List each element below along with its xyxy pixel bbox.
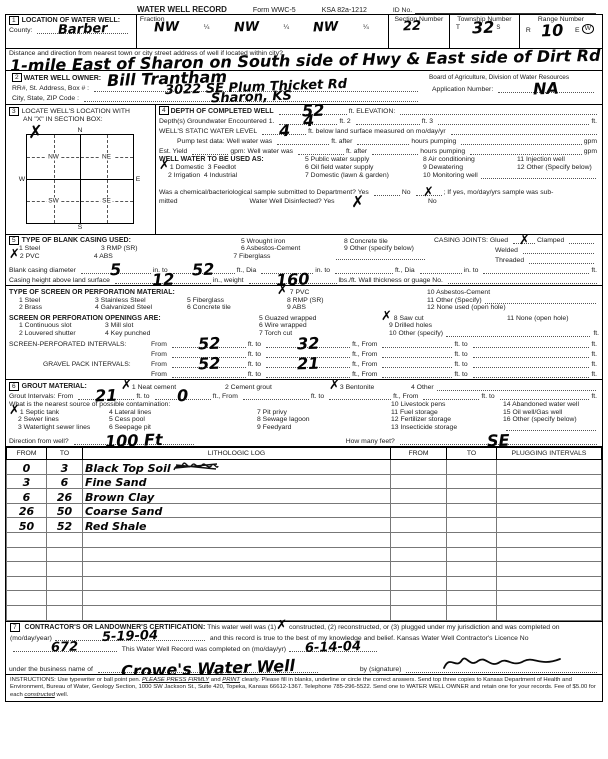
litho-from-value: 6: [23, 491, 31, 504]
litho-desc-value: Coarse Sand: [85, 505, 162, 518]
opening-10: 10 Other (specify): [381, 330, 443, 337]
material-10: 10 Asbestos-Cement: [427, 289, 490, 296]
static-level-suffix: ft. below land surface measured on mo/da…: [308, 128, 446, 135]
material-5: 5 Fiberglass: [187, 297, 277, 304]
signature-blank: [406, 665, 597, 673]
opening-1: 1 Continuous slot: [9, 322, 105, 329]
gp2-ft-from: ft., From: [352, 371, 377, 378]
sp2-ft-to-2: ft. to: [454, 351, 467, 358]
yield-gpm-unit: gpm: [584, 148, 597, 155]
record-date-blank: 6-14-04: [289, 644, 377, 652]
dia2-ft-dia: ft., Dia: [395, 267, 415, 274]
sp2-from-label: From: [151, 351, 167, 358]
litho-desc-value: Fine Sand: [85, 476, 146, 489]
cert-text-1: This water well was (1): [207, 624, 276, 631]
direction-label: Direction from well?: [9, 438, 69, 445]
gauge-blank: [448, 276, 597, 284]
range-w-circled: W: [582, 24, 594, 34]
material-8: 8 RMP (SR): [277, 297, 427, 304]
cert-text-6: by (signature): [360, 666, 402, 673]
grout-3-wrap: ✗3 Bentonite: [329, 383, 411, 391]
casing-title: TYPE OF BLANK CASING USED:: [22, 237, 131, 244]
section-3-4: 3LOCATE WELL'S LOCATION WITH AN "X" IN S…: [5, 104, 603, 235]
section-5-number: 5: [9, 236, 19, 245]
gp2-from2-blank: [382, 370, 452, 378]
height-blank: 12: [115, 276, 211, 284]
use-11: 11 Injection well: [517, 156, 565, 163]
material-1: 1 Steel: [9, 297, 95, 304]
diameter-blank: 5: [81, 266, 151, 274]
use-8: 8 Air conditioning: [423, 156, 517, 163]
locate-title-1: LOCATE WELL'S LOCATION WITH: [22, 108, 130, 115]
section-6-grout: 6GROUT MATERIAL:✗1 Neat cement2 Cement g…: [5, 379, 603, 447]
casing-2-x-mark: ✗: [9, 247, 20, 262]
joints-glued-blank: ✗: [513, 236, 535, 244]
pump-gpm-label: gpm: [584, 138, 597, 145]
source-11: 11 Fuel storage: [391, 409, 503, 416]
gp2-ft-to-2: ft. to: [454, 371, 467, 378]
sp-from-label: From: [151, 341, 167, 348]
opening-2: 2 Louvered shutter: [9, 330, 105, 337]
how-many-feet-label: How many feet?: [346, 438, 395, 445]
pump-ww-label: Well water was: [227, 138, 273, 145]
fraction-2: NW: [234, 25, 259, 32]
opening-8-wrap: ✗ 8 Saw cut: [381, 314, 507, 322]
gp2-to2-blank: [473, 370, 590, 378]
casing-6: 6 Asbestos-Cement: [241, 245, 344, 252]
fraction-1: NW: [154, 25, 179, 32]
litho-row: [7, 605, 602, 620]
diameter-to-value: 52: [192, 265, 215, 273]
lithologic-log-section: FROM TO LITHOLOGIC LOG FROM TO PLUGGING …: [5, 446, 603, 622]
direction-blank: 100 Ft: [74, 437, 194, 445]
source-5: 5 Cess pool: [109, 416, 257, 423]
source-7: 7 Pit privy: [257, 409, 391, 416]
grid-nw-label: NW: [46, 154, 61, 161]
range-cell: Range Number R10EW: [519, 15, 602, 48]
gi-from2-blank: [243, 392, 309, 400]
casing-8: 8 Concrete tile: [344, 238, 388, 245]
instructions-constructed: constructed: [24, 692, 54, 698]
diameter-value: 5: [110, 266, 121, 274]
sample-yes-blank: [374, 188, 400, 196]
litho-desc-value: Brown Clay: [85, 491, 154, 504]
source-16: 16 Other (specify below): [503, 416, 577, 423]
litho-to-value: 3: [61, 462, 69, 475]
source-10: 10 Livestock pens: [391, 401, 503, 408]
form-title: WATER WELL RECORD: [137, 5, 227, 14]
yield-hours-label: hours pumping: [420, 148, 465, 155]
grid-south-label: S: [78, 224, 83, 231]
source-1: 1 Septic tank: [20, 409, 59, 416]
grid-quarter-vline-right: [107, 135, 108, 223]
disinfected-label: Water Well Disinfected? Yes: [250, 198, 335, 205]
grid-quarter-hline-bottom: [27, 201, 133, 202]
instructions-press-firmly: PLEASE PRESS FIRMLY: [142, 677, 209, 683]
litho-log-header: LITHOLOGIC LOG: [83, 448, 391, 460]
grid-center-hline: [27, 179, 133, 180]
pump-ft-blank: [277, 137, 329, 145]
dia3-in-to: in. to: [464, 267, 479, 274]
joints-welded-blank: [523, 246, 594, 254]
grout-1-wrap: ✗1 Neat cement: [121, 383, 225, 391]
sample-mitted: mitted: [159, 198, 178, 205]
gp2-from-label: From: [151, 371, 167, 378]
township-value: 32: [472, 24, 495, 32]
yield-gpm-blank: [470, 147, 582, 155]
sp-to-value: 32: [297, 339, 320, 347]
grout-title: GROUT MATERIAL:: [22, 383, 87, 390]
well-location-x-mark: ✗: [28, 129, 43, 138]
use-row3-left: 2 Irrigation 4 Industrial: [159, 172, 305, 179]
groundwater-3-blank: [438, 117, 589, 125]
use-10-blank: [481, 171, 596, 179]
grout-4: 4 Other: [411, 384, 434, 391]
use-2: 2 Irrigation: [168, 172, 200, 179]
source-14: 14 Abandoned water well: [503, 401, 579, 408]
pump-gpm-blank: [461, 137, 581, 145]
grout-4-blank: [437, 383, 596, 391]
sp-ft-to-2: ft. to: [454, 341, 467, 348]
gp2-ft-end: ft.: [591, 371, 597, 378]
elevation-blank: [400, 107, 597, 115]
lithologic-log-table: FROM TO LITHOLOGIC LOG FROM TO PLUGGING …: [6, 447, 602, 621]
yield-ww-label: Well water was: [247, 148, 293, 155]
joints-clamped-blank: [569, 236, 594, 244]
instructions-print: PRINT: [222, 677, 240, 683]
section-3-number: 3: [9, 107, 19, 116]
sp2-to2-blank: [473, 350, 590, 358]
gp-ft-to-2: ft. to: [454, 361, 467, 368]
joints-threaded-blank: [529, 256, 594, 264]
ksa-statute: KSA 82a-1212: [322, 7, 367, 14]
height-value: 12: [152, 275, 175, 283]
material-3: 3 Stainless Steel: [95, 297, 187, 304]
casing-7: 7 Fiberglass: [233, 253, 333, 260]
litho-to-header: TO: [47, 448, 83, 460]
gp-ft-to: ft. to: [248, 361, 261, 368]
use-9: 9 Dewatering: [423, 164, 517, 171]
grid-west-label: W: [19, 176, 25, 183]
opening-6: 6 Wire wrapped: [259, 322, 381, 329]
gi-from-label: From: [57, 393, 73, 400]
township-cell: Township Number T32S: [449, 15, 519, 48]
diameter-label: Blank casing diameter: [9, 267, 76, 274]
disinfected-x-mark: ✗: [350, 198, 364, 206]
gp-from-blank: 52: [172, 360, 246, 368]
casing-row2-left: 1 Steel3 RMP (SR): [9, 245, 241, 252]
gi-ft-from: ft., From: [213, 393, 238, 400]
gp-to2-blank: [473, 360, 590, 368]
grid-quarter-vline-left: [54, 135, 55, 223]
section-5-casing: 5TYPE OF BLANK CASING USED:5 Wrought iro…: [5, 234, 603, 286]
sp-ft-end: ft.: [591, 341, 597, 348]
litho-from-value: 50: [19, 520, 34, 533]
litho-from-header: FROM: [7, 448, 47, 460]
sp-to-blank: 32: [266, 340, 350, 348]
source-1-wrap: ✗1 Septic tank: [9, 408, 109, 416]
sp2-ft-from: ft., From: [352, 351, 377, 358]
gp-from-label: From: [151, 361, 167, 368]
quarter-1: ¼: [204, 24, 210, 31]
quarter-2: ¼: [283, 24, 289, 31]
litho-row: [7, 576, 602, 591]
source-3: 3 Watertight sewer lines: [9, 424, 109, 431]
litho-from-value: 26: [19, 505, 34, 518]
static-date-blank: [451, 127, 597, 135]
casing-joints-block: CASING JOINTS: Glued✗Clamped Welded Thre…: [431, 235, 602, 265]
litho-from-value: 3: [23, 476, 31, 489]
plug-intervals-header: PLUGGING INTERVALS: [497, 448, 602, 460]
source-2: 2 Sewer lines: [9, 416, 109, 423]
water-well-record-form: WATER WELL RECORD Form WWC-5 KSA 82a-121…: [0, 0, 608, 759]
business-name-blank: Crowe's Water Well: [98, 665, 318, 673]
quarter-3: ¼: [363, 24, 369, 31]
county-label: County:: [9, 27, 32, 34]
openings-title: SCREEN OR PERFORATION OPENINGS ARE:: [9, 315, 259, 322]
yield-blank: [192, 147, 228, 155]
application-block: Board of Agriculture, Division of Water …: [426, 71, 602, 104]
litho-row: 5052Red Shale: [7, 518, 602, 533]
gi-to3-blank: [500, 392, 590, 400]
material-6: 6 Concrete tile: [187, 304, 277, 311]
litho-to-value: 50: [57, 505, 72, 518]
feet-value: SE: [487, 436, 510, 444]
certification-paragraph: 7 CONTRACTOR'S OR LANDOWNER'S CERTIFICAT…: [6, 622, 602, 656]
gp-ft-end: ft.: [591, 361, 597, 368]
application-number-value: NA: [533, 84, 559, 92]
litho-row: [7, 532, 602, 547]
record-date-value: 6-14-04: [305, 644, 361, 652]
use-12: 12 Other (Specify below): [517, 164, 592, 171]
gp-ft-from: ft., From: [352, 361, 377, 368]
owner-block: 2WATER WELL OWNER:Bill Trantham RR#, St.…: [6, 71, 426, 104]
instructions-part-2: and: [209, 677, 222, 683]
section-number-cell: Section Number 22: [388, 15, 449, 48]
cert-text-5: under the business name of: [9, 666, 93, 673]
sp2-ft-to: ft. to: [248, 351, 261, 358]
casing-5: 5 Wrought iron: [241, 238, 344, 245]
litho-desc-value: Red Shale: [85, 520, 147, 533]
county-blank: Barber: [37, 26, 127, 34]
source-12: 12 Fertilizer storage: [391, 416, 503, 423]
ink-scribble: [173, 461, 219, 472]
grid-ne-label: NE: [100, 154, 113, 161]
sp2-ft-end: ft.: [591, 351, 597, 358]
use-10: 10 Monitoring well: [423, 172, 478, 179]
material-7: 7 PVC: [290, 289, 310, 296]
grid-quarter-hline-top: [27, 157, 133, 158]
source-4: 4 Lateral lines: [109, 409, 257, 416]
casing-title-wrap: 5TYPE OF BLANK CASING USED:: [9, 236, 241, 245]
sample-question: Was a chemical/bacteriological sample su…: [159, 189, 369, 196]
gi-ft-from-2: ft., From: [393, 393, 418, 400]
gp-from-value: 52: [198, 359, 221, 367]
instructions-box: INSTRUCTIONS: Use typewriter or ball poi…: [5, 674, 603, 703]
section-2-owner: 2WATER WELL OWNER:Bill Trantham RR#, St.…: [5, 70, 603, 105]
board-label: Board of Agriculture, Division of Water …: [429, 74, 599, 81]
grid-sw-label: SW: [46, 198, 60, 205]
use-7: 7 Domestic (lawn & garden): [305, 172, 423, 179]
material-2: 2 Brass: [9, 304, 95, 311]
diameter-ft-dia: ft., Dia: [237, 267, 257, 274]
disinfected-no-label: No: [428, 198, 437, 205]
source-9: 9 Feedyard: [257, 424, 391, 431]
dia2-in-to: in. to: [315, 267, 330, 274]
use-row2-left: ✗1 Domestic 3 Feedlot: [159, 163, 305, 171]
grout-1: 1 Neat cement: [132, 384, 176, 391]
pump-hours-blank: [357, 137, 409, 145]
depth-label: DEPTH OF COMPLETED WELL: [171, 108, 274, 115]
groundwater-label: Depth(s) Groundwater Encountered: [159, 118, 267, 125]
litho-desc-value: Black Top Soil: [85, 462, 171, 475]
fraction-cell: Fraction NW¼ NW¼ NW¼: [136, 15, 388, 48]
section-7-certification: 7 CONTRACTOR'S OR LANDOWNER'S CERTIFICAT…: [5, 621, 603, 675]
yield-label: Est. Yield: [159, 148, 187, 155]
litho-to-value: 52: [57, 520, 72, 533]
opening-11: 11 None (open hole): [507, 315, 568, 322]
casing-2: 2 PVC: [20, 253, 94, 260]
sample-question-2: ; If yes, mo/day/yrs sample was sub-: [444, 189, 554, 196]
casing-row3-left: ✗2 PVC4 ABS: [9, 252, 233, 260]
gp-to-blank: 21: [266, 360, 350, 368]
height-label: Casing height above land surface: [9, 277, 110, 284]
gi-from-value: 21: [95, 391, 118, 399]
pump-test-label: Pump test data:: [177, 138, 225, 145]
litho-row: 2650Coarse Sand: [7, 503, 602, 518]
screen-intervals-label: SCREEN-PERFORATED INTERVALS:: [9, 341, 149, 348]
opening-8: 8 Saw cut: [394, 315, 424, 322]
opening-7: 7 Torch cut: [259, 330, 381, 337]
casing-9-blank: [336, 252, 425, 260]
cert-text-3: and this record is true to the best of m…: [210, 635, 529, 642]
sample-no-x-mark: ✗: [423, 190, 434, 196]
instructions-part-1: INSTRUCTIONS: Use typewriter or ball poi…: [10, 677, 142, 683]
id-no-label: ID No.: [393, 7, 412, 14]
section-number-value: 22: [403, 24, 421, 30]
joints-label: CASING JOINTS: Glued: [434, 237, 508, 244]
casing-4: 4 ABS: [94, 253, 113, 260]
sp2-from2-blank: [382, 350, 452, 358]
opening-10-blank: [446, 329, 590, 337]
sample-no-label: No: [402, 189, 411, 196]
use-label: WELL WATER TO BE USED AS:: [159, 156, 305, 163]
gp-from2-blank: [382, 360, 452, 368]
yield-hours-blank: [372, 147, 418, 155]
owner-address-label: RR#, St. Address, Box # :: [12, 85, 89, 92]
grout-3: 3 Bentonite: [340, 384, 374, 391]
gi-to2-blank: [329, 392, 391, 400]
grout-intervals-label: Grout Intervals:: [9, 393, 55, 400]
sp-from-value: 52: [198, 339, 221, 347]
cert-constructed-x: ✗: [276, 618, 287, 633]
gi-ft-to: ft. to: [136, 393, 149, 400]
township-s: S: [496, 25, 500, 31]
section-grid: N W NW NE SW SE ✗ E S: [17, 126, 152, 232]
material-9: 9 ABS: [277, 304, 427, 311]
pump-hours-label: hours pumping: [411, 138, 456, 145]
gi-ft-end: ft.: [591, 393, 597, 400]
gi-to-blank: 0: [155, 392, 211, 400]
gi-ft-to-2: ft. to: [311, 393, 324, 400]
litho-to-value: 6: [61, 476, 69, 489]
section-4-number: 4: [159, 106, 169, 115]
use-1: 1 Domestic: [170, 164, 204, 171]
use-6: 6 Oil field water supply: [305, 164, 423, 171]
instructions-text: INSTRUCTIONS: Use typewriter or ball poi…: [6, 675, 602, 702]
material-4: 4 Galvanized Steel: [95, 304, 187, 311]
opening-10-ft: ft.: [593, 330, 599, 337]
application-number-blank: NA: [498, 85, 594, 93]
gp2-to-blank: [266, 370, 350, 378]
licence-value: 672: [51, 644, 78, 651]
litho-to-value: 26: [57, 491, 72, 504]
groundwater-ft3: ft. 3: [422, 118, 433, 125]
material-11-blank: [485, 296, 596, 304]
instructions-part-4: well.: [55, 692, 68, 698]
source-16-blank: [506, 423, 596, 431]
use-4: 4 Industrial: [204, 172, 237, 179]
pump-ft-after: ft. after: [331, 138, 352, 145]
form-number: Form WWC-5: [253, 7, 296, 14]
sp-to2-blank: [473, 340, 590, 348]
gi-to-value: 0: [177, 392, 188, 400]
dia2-to-blank: [335, 266, 393, 274]
gravel-pack-label: GRAVEL PACK INTERVALS:: [9, 361, 149, 368]
section-1-location: 1LOCATION OF WATER WELL: County:Barber F…: [5, 14, 603, 71]
groundwater-ft2: ft. 2: [339, 118, 350, 125]
owner-title: WATER WELL OWNER:: [24, 75, 102, 82]
use-3: 3 Feedlot: [208, 164, 236, 171]
signature-scribble: [442, 652, 562, 672]
material-7-x: ✗: [277, 283, 288, 298]
opening-4: 4 Key punched: [105, 330, 259, 337]
range-value: 10: [541, 26, 564, 34]
yield-gpm-label: gpm:: [230, 148, 245, 155]
section-4-well-data: 4DEPTH OF COMPLETED WELL52ft. ELEVATION:…: [156, 105, 602, 234]
application-number-label: Application Number:: [432, 86, 493, 93]
yield-ft-after: ft. after: [346, 148, 367, 155]
distance-row: Distance and direction from nearest town…: [6, 48, 602, 70]
feet-blank: SE: [400, 437, 597, 445]
county-cell: 1LOCATION OF WATER WELL: County:Barber: [6, 15, 136, 48]
diameter-to-blank: 52: [173, 266, 235, 274]
sp-ft-to: ft. to: [248, 341, 261, 348]
contamination-label: What is the nearest source of possible c…: [9, 401, 391, 408]
joints-glued-x: ✗: [518, 238, 529, 244]
groundwater-2-blank: [356, 117, 420, 125]
plug-to-header: TO: [447, 448, 497, 460]
grid-box: NW NE SW SE ✗: [26, 134, 134, 224]
section-7-number: 7: [10, 623, 20, 632]
use-1-x-mark: ✗: [159, 158, 170, 173]
litho-row: [7, 547, 602, 562]
joints-clamped-label: Clamped: [537, 237, 564, 244]
plug-from-header: FROM: [391, 448, 447, 460]
litho-from-value: 0: [23, 462, 31, 475]
source-8: 8 Sewage lagoon: [257, 416, 391, 423]
fraction-3: NW: [313, 25, 338, 32]
section-1-number: 1: [9, 16, 19, 25]
groundwater-1-value: 4: [303, 117, 314, 125]
owner-city-blank: Sharon, KS: [84, 94, 418, 102]
section-3-locate: 3LOCATE WELL'S LOCATION WITH AN "X" IN S…: [6, 105, 156, 234]
weight-blank: 160: [249, 276, 337, 284]
distance-value: 1-mile East of Sharon on South side of H…: [10, 52, 601, 69]
joints-threaded-label: Threaded: [495, 257, 524, 264]
elevation-label: ft. ELEVATION:: [349, 108, 396, 115]
id-no-blank: [415, 6, 596, 14]
